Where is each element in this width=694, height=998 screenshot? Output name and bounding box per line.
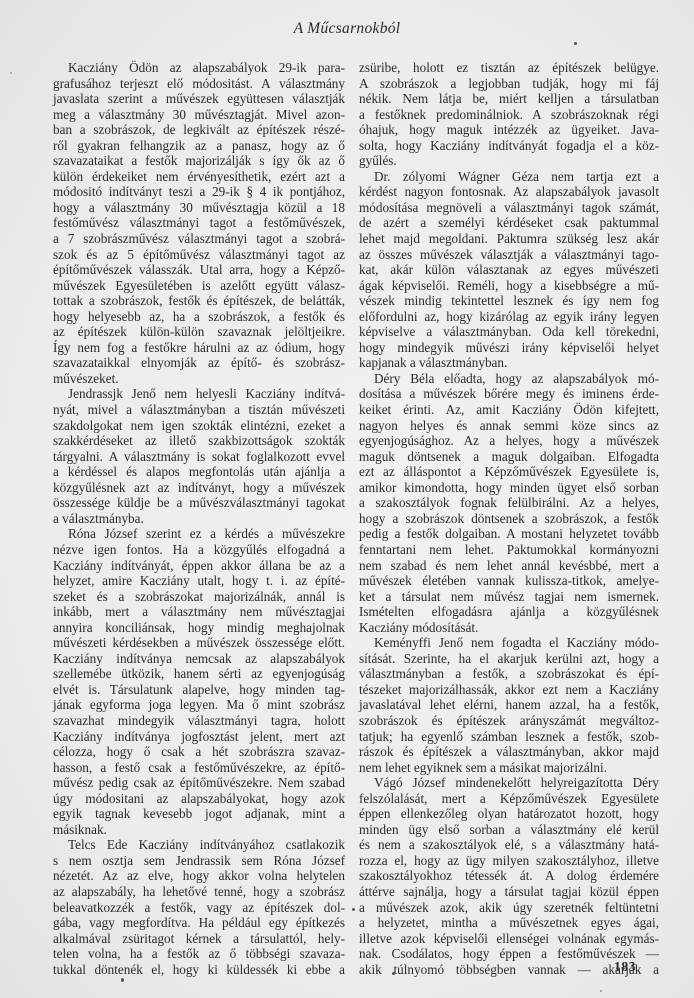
text-line: Jendrassjk Jenő nem helyesli Kacziány in… [53,386,345,402]
text-line: építőművészek válasszák. Utal arra, hogy… [53,262,345,278]
text-line: szeket és a szobrászokat majorizálnák, a… [53,589,345,605]
text-line: tatjuk; ha egyenlő számban lesznek a fes… [359,729,659,745]
text-line: egyik tagnak kevesebb jogot adjanak, min… [53,806,345,822]
text-line: szavazhat mindegyik választmányi tagra, … [53,713,345,729]
text-line: solta, hogy Kacziány indítványát fogadja… [359,138,659,154]
text-line: szavazataikat a festők majorizálják s íg… [53,153,345,169]
text-line: ket a társulat nem művész tagjai nem ism… [359,589,659,605]
text-line: szok és az 5 építőművész választmányi ta… [53,247,345,263]
text-line: nem szabad és nem lehet annál kevésbbé, … [359,558,659,574]
text-line: kapjanak a választmányban. [359,355,659,371]
text-line: módositó indítványt teszi a 29-ik § 4 ik… [53,184,345,200]
text-line: kérdést nagyon fontosnak. Az alapszabály… [359,184,659,200]
text-line: Kacziány indítványa jogfosztást jelent, … [53,729,345,745]
page-number: 183 [614,959,636,975]
text-line: Déry Béla előadta, hogy az alapszabályok… [359,371,659,387]
running-title: A Műcsarnokból [0,20,694,38]
text-line: Kacziány indítványát, éppen akkor állana… [53,558,345,574]
text-line: Kacziány módosítását. [359,620,659,636]
text-line: Kacziány indítványa nemcsak az alapszabá… [53,651,345,667]
left-text-column: Kacziány Ödön az alapszabályok 29-ik par… [53,60,345,977]
text-line: szakkérdéseket az illető szakbizottságok… [53,433,345,449]
right-text-column: zsüribe, holott ez tisztán az építészek … [359,60,659,977]
text-line: úgy módositani az alapszabályokat, hogy … [53,791,345,807]
text-line: gyűlés. [359,153,659,169]
text-line: előfordulni az, hogy kizárólag az egyik … [359,309,659,325]
text-line: tárgyalni. A választmány is sokat foglal… [53,449,345,465]
text-line: Dr. zólyomi Wágner Géza nem tartja ezt a [359,169,659,185]
scan-speck [392,972,395,975]
text-line: alkalmával zsüritagot kérnek a társulatt… [53,931,345,947]
text-line: áttérve sajnálja, hogy a társulat tagjai… [359,884,659,900]
text-line: éppen ellenkezőleg olyan határozatot hoz… [359,806,659,822]
text-line: a 7 szobrászművész választmányi tagot a … [53,231,345,247]
text-line: választmányban a festők, a szobrászokat … [359,666,659,682]
text-line: az építészek külön-külön szavaznak jelöl… [53,324,345,340]
text-line: képviselve a választmányban. Oda kell tö… [359,324,659,340]
text-line: grafusához terjeszt elő módositást. A vá… [53,76,345,92]
text-line: Róna József szerint ez a kérdés a művész… [53,526,345,542]
text-line: Telcs Ede Kacziány indítványához csatlak… [53,837,345,853]
text-line: másiknak. [53,822,345,838]
text-line: szakosztályokhoz tétessék át. A dolog ér… [359,868,659,884]
scan-speck [574,42,577,45]
text-line: helyzet, amire Kacziány utalt, hogy t. i… [53,573,345,589]
text-line: ezt az álláspontot a Képzőművészek Egyes… [359,464,659,480]
text-line: közgyűlésnek azt az indítványt, hogy a m… [53,480,345,496]
text-line: vészek mindig tekintettel lesznek és így… [359,293,659,309]
text-line: felszólalását, mert a Képzőművészek Egye… [359,791,659,807]
text-line: A szobrászok a legjobban tudják, hogy mi… [359,76,659,92]
text-line: hasson, a festő csak a festőművészekre, … [53,760,345,776]
text-line: tottak a szobrászok, festők és építészek… [53,293,345,309]
text-line: lehet majd megoldani. Paktumra szükség l… [359,231,659,247]
text-line: hogy mindegyik művészi irány képviselői … [359,340,659,356]
text-line: maguk döntsenek a maguk dolgaiban. Elfog… [359,449,659,465]
text-line: nyát, mivel a választmányban a tisztán m… [53,402,345,418]
text-line: illetve azok képviselői ellenségei volná… [359,931,659,947]
text-line: hogy helyesebb az, ha a szobrászok, a fe… [53,309,345,325]
text-line: az alapszabály, ha lehetővé tenné, hogy … [53,884,345,900]
text-line: művészeket. [53,371,345,387]
scan-speck [121,978,124,982]
text-line: összessége küldje be a művészválasztmány… [53,495,345,511]
text-line: a művészek azok, akik úgy szeretnék felt… [359,900,659,916]
text-line: ban a szobrászok, de legkivált az építés… [53,122,345,138]
text-line: telen volna, ha a festők az ő többségi s… [53,946,345,962]
text-line: ágak képviselői. Reméli, hogy a kisebbsé… [359,278,659,294]
text-line: festőművész választmányi tagot a festőmű… [53,215,345,231]
text-line: fenntartani nem lehet. Paktumokkal kormá… [359,542,659,558]
text-line: a helyzetet, mintha a művészetnek egyes … [359,915,659,931]
text-line: szakdolgokat nem igen szokták elintézni,… [53,418,345,434]
text-line: célozza, hogy ő csak a hét szobrászra sz… [53,744,345,760]
text-line: szavazataikkal elnyomják az építő- és sz… [53,355,345,371]
text-line: a kérdéssel és alapos megfontolás után a… [53,464,345,480]
text-line: Keményffi Jenő nem fogadta el Kacziány m… [359,635,659,651]
scan-speck [352,908,355,911]
text-line: jának egyforma joga legyen. Ma ő mint sz… [53,697,345,713]
text-line: Így nem fog a festőkre hárulni az az ódi… [53,340,345,356]
text-line: művészek Egyesületében is azelőtt együtt… [53,278,345,294]
text-line: hogy a szobrászok döntsenek a szobrászok… [359,511,659,527]
text-line: nékik. Nem látja be, miért kelljen a tár… [359,91,659,107]
text-line: és nem a szakosztályok elé, s a választm… [359,837,659,853]
text-line: zsüribe, holott ez tisztán az építészek … [359,60,659,76]
text-line: a szakosztályok fognak felülbirálni. Az … [359,495,659,511]
text-line: külön érdekeiket nem érvényesíthetik, ez… [53,169,345,185]
text-line: beleavatkozzék a festők, vagy az építész… [53,900,345,916]
text-line: művész pedig csak az építőművészekre. Ne… [53,775,345,791]
text-line: nagyon helyes és annak semmi köze sincs … [359,418,659,434]
text-line: inkább, mert a választmány nem művésztag… [53,604,345,620]
text-line: s nem osztja sem Jendrassik sem Róna Józ… [53,853,345,869]
text-line: gába, vagy megfordítva. Ha például egy é… [53,915,345,931]
scanned-page: A Műcsarnokból Kacziány Ödön az alapszab… [0,0,694,998]
text-line: kat, akár külön választanak az egyes műv… [359,262,659,278]
text-line: a festőknek predominálniok. A szobrászok… [359,107,659,123]
text-line: rozza el, hogy az ügy milyen szakosztály… [359,853,659,869]
text-line: tészeket majorizálhassák, akkor ezt nem … [359,682,659,698]
text-line: dosítása a művészek bőrére megy és imine… [359,386,659,402]
text-line: Vágó József mindenekelőtt helyreigazítot… [359,775,659,791]
text-line: keiket érinti. Az, amit Kacziány Ödön ki… [359,402,659,418]
text-line: szobrászok és építészek arányszámát megv… [359,713,659,729]
text-line: Ismételten elfogadásra ajánlja a közgyűl… [359,604,659,620]
text-line: javaslata szerint a művészek együttesen … [53,91,345,107]
text-line: nézve igen fontos. Ha a közgyűlés elfoga… [53,542,345,558]
text-line: művészeti kérdésekben a művészek összess… [53,635,345,651]
text-line: módosítása megnöveli a választmányi tago… [359,200,659,216]
text-line: meg a választmány 30 művésztagját. Mivel… [53,107,345,123]
text-line: művészek életében vannak kulissza-titkok… [359,573,659,589]
text-line: Kacziány Ödön az alapszabályok 29-ik par… [53,60,345,76]
text-line: a választmányba. [53,511,345,527]
text-line: szellemébe ütközik, hanem sérti az egyen… [53,666,345,682]
text-line: elvét is. Társulatunk alapelve, hogy min… [53,682,345,698]
text-line: annyira konciliánsak, hogy mindig meghaj… [53,620,345,636]
text-line: javaslatával lehet elérni, hanem azzal, … [359,697,659,713]
text-line: hogy a választmány 30 művésztagja közül … [53,200,345,216]
text-line: ről gyakran felhangzik az a panasz, hogy… [53,138,345,154]
text-line: nem lehet egyiknek sem a másikat majoriz… [359,760,659,776]
text-line: de azért a személyi kérdéseket csak pakt… [359,215,659,231]
text-line: pedig a festők dolgaiban. A mostani hely… [359,526,659,542]
text-line: tukkal döntenék el, hogy ki küldessék ki… [53,962,345,978]
text-line: egyenjogúsághoz. Az a helyes, hogy a műv… [359,433,659,449]
text-line: az összes művészek választják a választm… [359,247,659,263]
text-line: minden ügy első sorban a választmány elé… [359,822,659,838]
text-line: sítását. Szerinte, ha el akarjuk kerülni… [359,651,659,667]
scan-speck [600,990,602,992]
scan-speck [10,72,12,74]
text-line: nézetét. Az az elve, hogy akkor volna he… [53,868,345,884]
text-line: amikor kimondotta, hogy minden ügyet els… [359,480,659,496]
text-line: rászok és építészek a választmányban, ak… [359,744,659,760]
text-line: óhajuk, hogy maguk intézzék az ügyeiket.… [359,122,659,138]
